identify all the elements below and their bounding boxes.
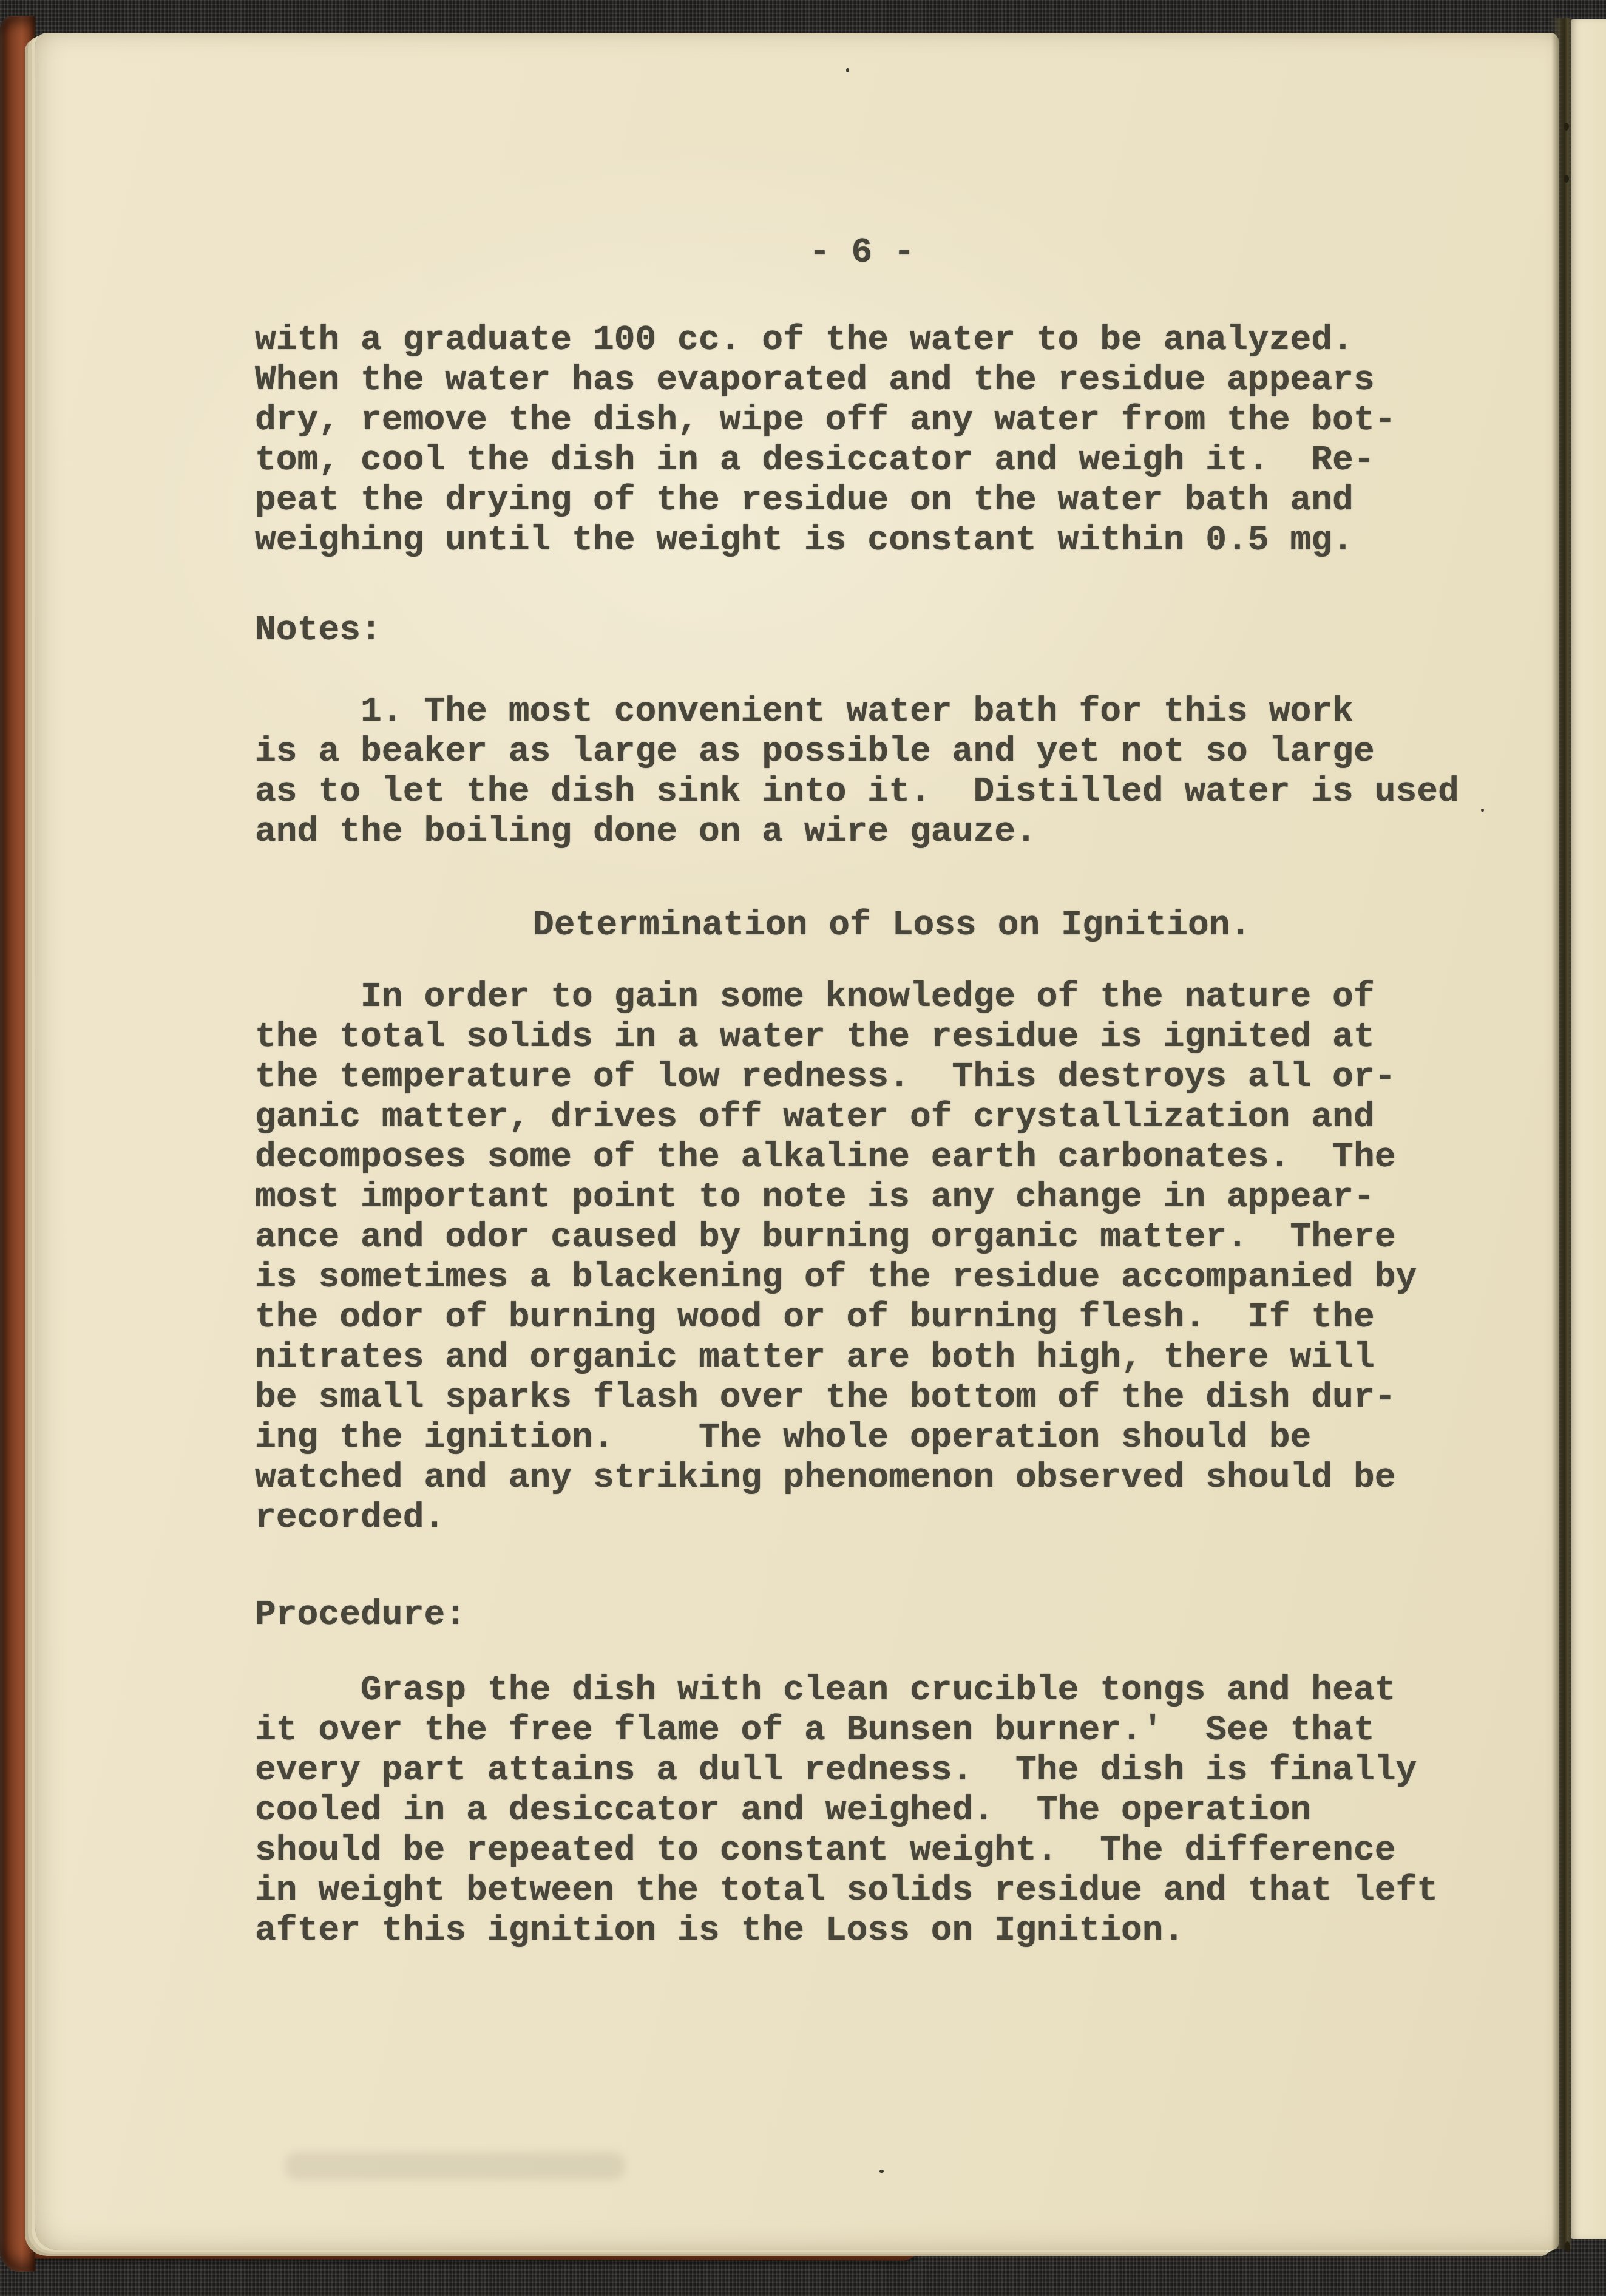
note-item-1: 1. The most convenient water bath for th… xyxy=(255,692,1542,852)
next-page-edge xyxy=(1571,19,1606,2239)
ignition-paragraph: In order to gain some knowledge of the n… xyxy=(255,977,1542,1538)
paper-speck-right xyxy=(1481,809,1484,812)
page-number: - 6 - xyxy=(255,233,1469,273)
procedure-paragraph: Grasp the dish with clean crucible tongs… xyxy=(255,1671,1542,1951)
book-spine-leather xyxy=(0,16,35,2272)
binding-stitch-top xyxy=(1564,123,1569,131)
paper-speck-bottom xyxy=(879,2170,884,2173)
paper-speck-top xyxy=(846,68,849,72)
procedure-label: Procedure: xyxy=(255,1595,1542,1635)
intro-paragraph: with a graduate 100 cc. of the water to … xyxy=(255,321,1542,561)
scanned-book-photo: - 6 - with a graduate 100 cc. of the wat… xyxy=(0,0,1606,2296)
notes-label: Notes: xyxy=(255,611,1542,651)
section-heading: Determination of Loss on Ignition. xyxy=(533,906,1251,946)
binding-stitch-bottom xyxy=(1565,2241,1570,2252)
binding-stitch-middle xyxy=(1564,175,1569,183)
pencil-smudge xyxy=(285,2152,625,2180)
gutter-shadow xyxy=(1551,18,1572,2249)
